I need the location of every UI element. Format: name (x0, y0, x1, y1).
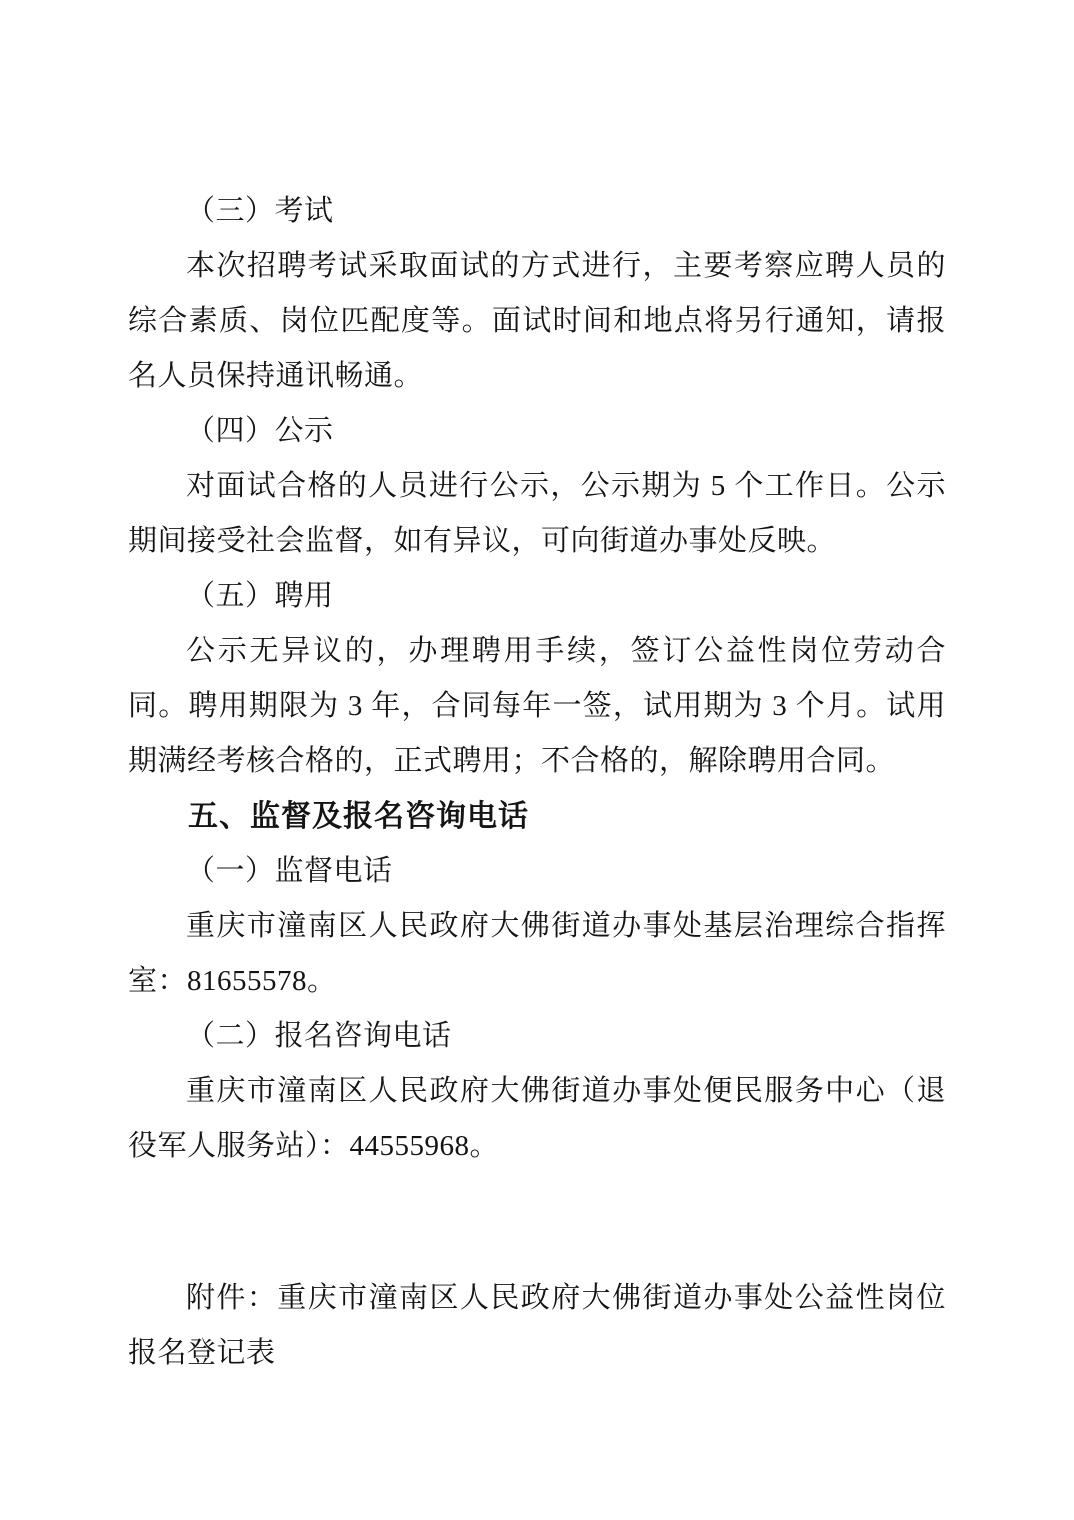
paragraph-exam-description: 本次招聘考试采取面试的方式进行，主要考察应聘人员的综合素质、岗位匹配度等。面试时… (128, 239, 946, 404)
paragraph-publicity-description: 对面试合格的人员进行公示，公示期为 5 个工作日。公示期间接受社会监督，如有异议… (128, 459, 946, 569)
paragraph-employment-description: 公示无异议的，办理聘用手续，签订公益性岗位劳动合同。聘用期限为 3 年，合同每年… (128, 624, 946, 789)
paragraph-attachment-note: 附件：重庆市潼南区人民政府大佛街道办事处公益性岗位报名登记表 (128, 1271, 946, 1381)
section-heading-supervision-and-registration-phones: 五、监督及报名咨询电话 (128, 789, 946, 844)
section-heading-publicity: （四）公示 (128, 404, 946, 459)
document-page: （三）考试 本次招聘考试采取面试的方式进行，主要考察应聘人员的综合素质、岗位匹配… (0, 0, 1074, 1520)
section-heading-exam: （三）考试 (128, 184, 946, 239)
paragraph-registration-phone: 重庆市潼南区人民政府大佛街道办事处便民服务中心（退役军人服务站）：4455596… (128, 1064, 946, 1174)
section-heading-registration-phone: （二）报名咨询电话 (128, 1009, 946, 1064)
section-heading-supervision-phone: （一）监督电话 (128, 844, 946, 899)
section-heading-employment: （五）聘用 (128, 569, 946, 624)
paragraph-supervision-phone: 重庆市潼南区人民政府大佛街道办事处基层治理综合指挥室：81655578。 (128, 899, 946, 1009)
document-content: （三）考试 本次招聘考试采取面试的方式进行，主要考察应聘人员的综合素质、岗位匹配… (128, 184, 946, 1381)
